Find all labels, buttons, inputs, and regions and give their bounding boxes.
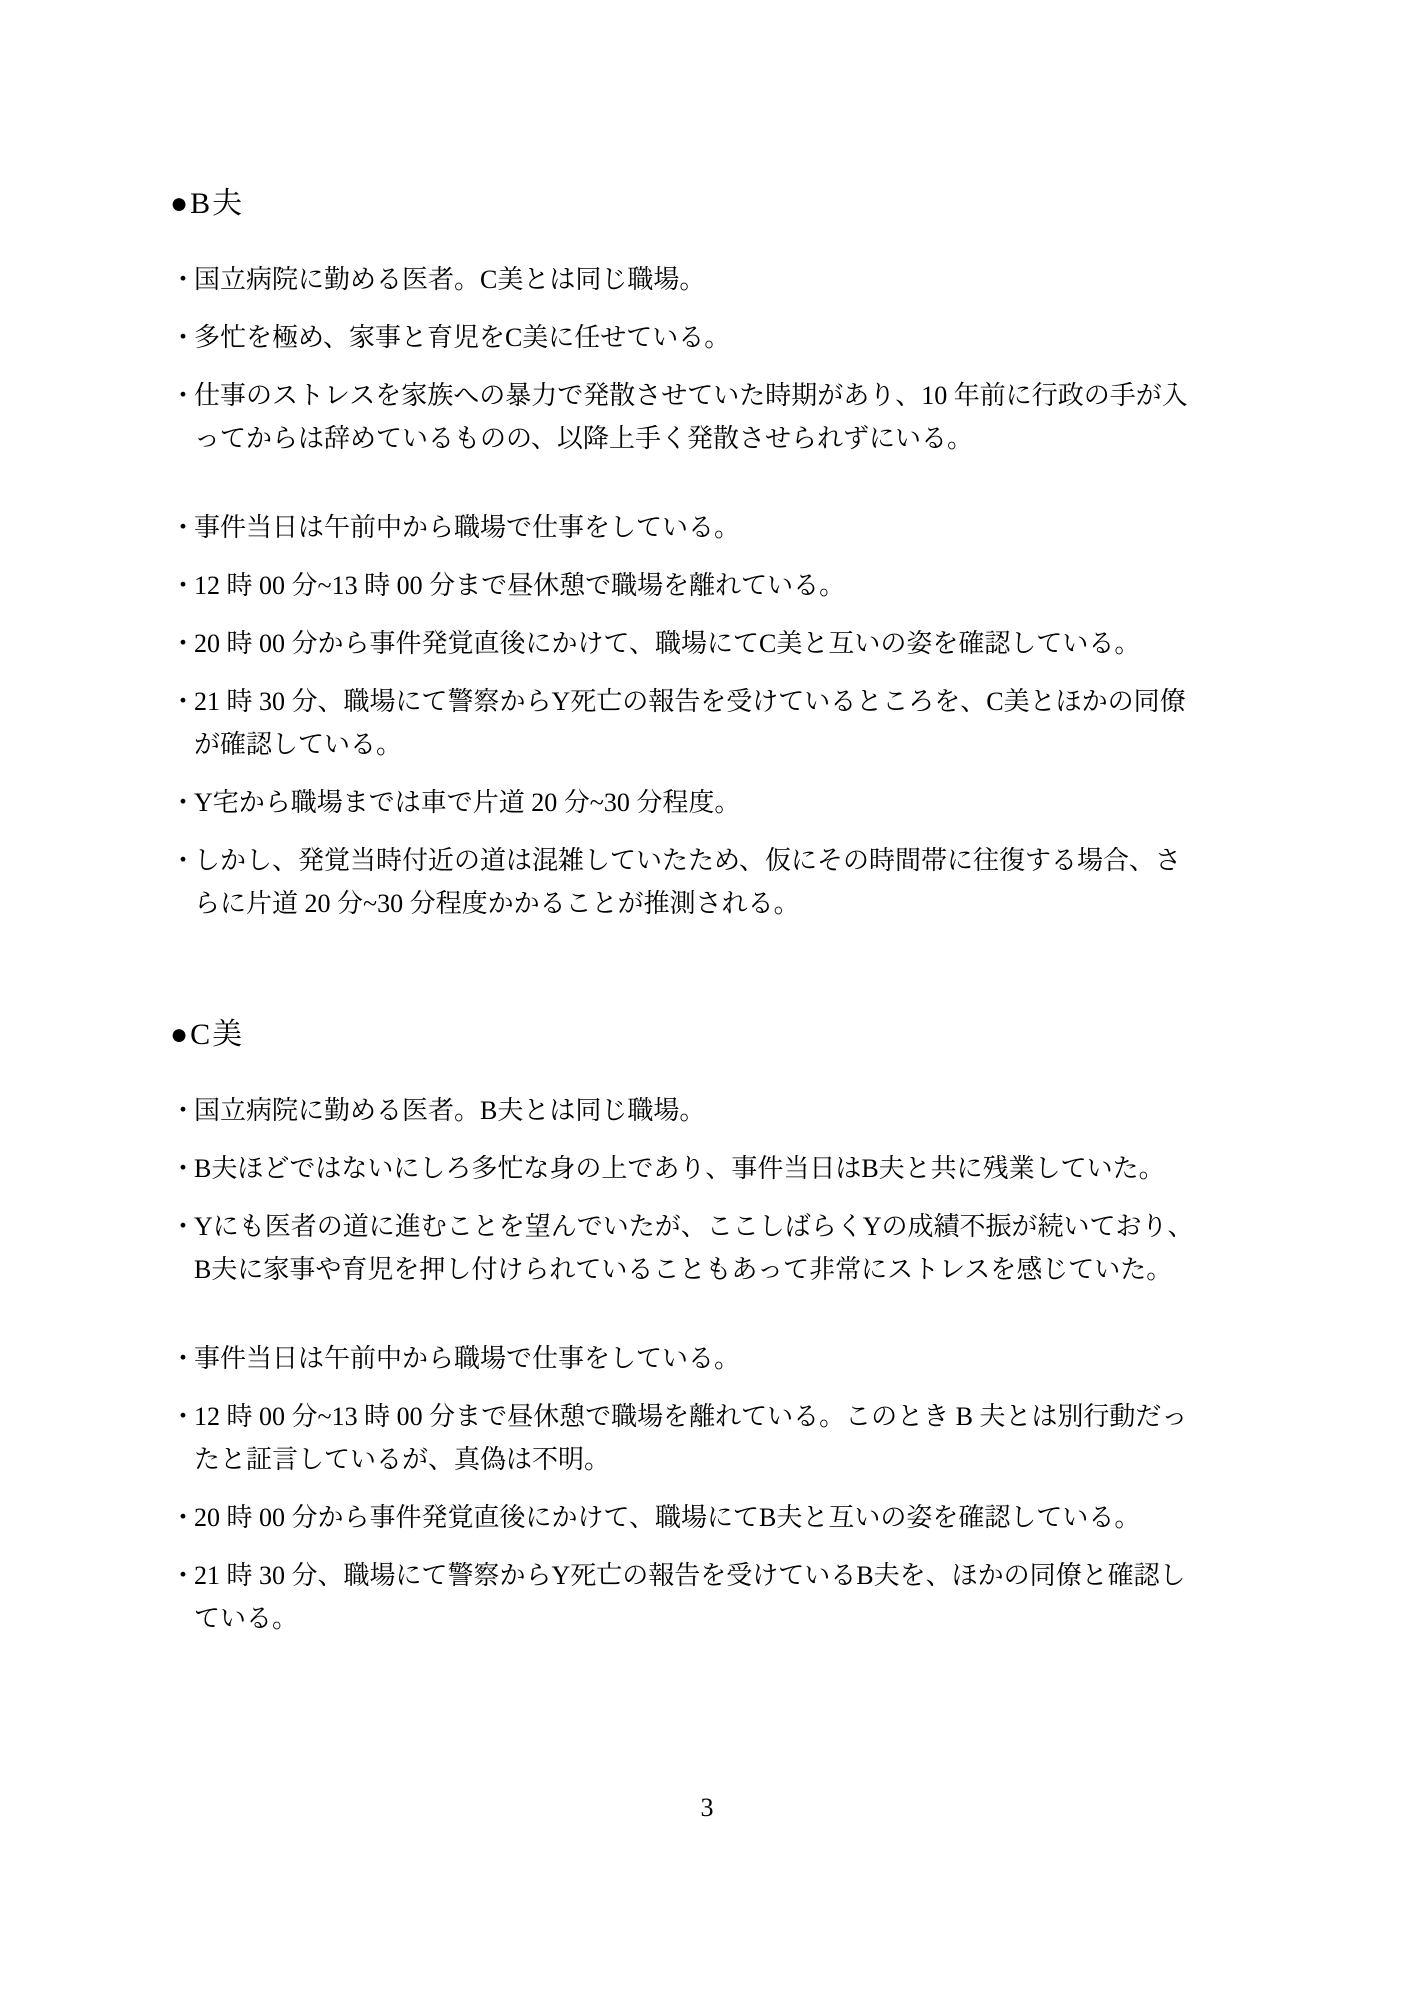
bullet-text: 21 時 30 分、職場にて警察からY死亡の報告を受けているところを、C美とほか…	[194, 680, 1254, 766]
bullet-item: ・ 国立病院に勤める医者。C美とは同じ職場。	[170, 258, 1254, 301]
bullet-item: ・ 事件当日は午前中から職場で仕事をしている。	[170, 1337, 1254, 1380]
bullet-item: ・ 事件当日は午前中から職場で仕事をしている。	[170, 506, 1254, 549]
bullet-item: ・ 12 時 00 分~13 時 00 分まで昼休憩で職場を離れている。このとき…	[170, 1395, 1254, 1481]
section-b-o: ●B夫 ・ 国立病院に勤める医者。C美とは同じ職場。 ・ 多忙を極め、家事と育児…	[170, 186, 1254, 925]
bullet-item: ・ B夫ほどではないにしろ多忙な身の上であり、事件当日はB夫と共に残業していた。	[170, 1147, 1254, 1190]
document-page: ●B夫 ・ 国立病院に勤める医者。C美とは同じ職場。 ・ 多忙を極め、家事と育児…	[0, 0, 1414, 2000]
bullet-text: 20 時 00 分から事件発覚直後にかけて、職場にてC美と互いの姿を確認している…	[194, 622, 1254, 665]
bullet-text: 事件当日は午前中から職場で仕事をしている。	[194, 506, 1254, 549]
bullet-item: ・ 21 時 30 分、職場にて警察からY死亡の報告を受けているところを、C美と…	[170, 680, 1254, 766]
bullet-text: B夫ほどではないにしろ多忙な身の上であり、事件当日はB夫と共に残業していた。	[194, 1147, 1254, 1190]
bullet-marker: ・	[170, 1147, 194, 1190]
bullet-item: ・ Yにも医者の道に進むことを望んでいたが、ここしばらくYの成績不振が続いており…	[170, 1205, 1254, 1291]
bullet-marker: ・	[170, 1089, 194, 1132]
section-c-mi: ●C美 ・ 国立病院に勤める医者。B夫とは同じ職場。 ・ B夫ほどではないにしろ…	[170, 1017, 1254, 1640]
bullet-text: 12 時 00 分~13 時 00 分まで昼休憩で職場を離れている。	[194, 564, 1254, 607]
bullet-item: ・ 20 時 00 分から事件発覚直後にかけて、職場にてB夫と互いの姿を確認して…	[170, 1496, 1254, 1539]
bullet-marker: ・	[170, 1554, 194, 1597]
bullet-item: ・ しかし、発覚当時付近の道は混雑していたため、仮にその時間帯に往復する場合、さ…	[170, 839, 1254, 925]
bullet-marker: ・	[170, 506, 194, 549]
bullet-item: ・ 仕事のストレスを家族への暴力で発散させていた時期があり、10 年前に行政の手…	[170, 374, 1254, 460]
bullet-text: Y宅から職場までは車で片道 20 分~30 分程度。	[194, 781, 1254, 824]
bullet-marker: ・	[170, 839, 194, 882]
bullet-item: ・ 12 時 00 分~13 時 00 分まで昼休憩で職場を離れている。	[170, 564, 1254, 607]
bullet-marker: ・	[170, 374, 194, 417]
section-heading-b-o: ●B夫	[170, 186, 1254, 222]
bullet-item: ・ 21 時 30 分、職場にて警察からY死亡の報告を受けているB夫を、ほかの同…	[170, 1554, 1254, 1640]
bullet-group-b-alibi: ・ 事件当日は午前中から職場で仕事をしている。 ・ 12 時 00 分~13 時…	[170, 506, 1254, 925]
bullet-marker: ・	[170, 781, 194, 824]
bullet-text: 12 時 00 分~13 時 00 分まで昼休憩で職場を離れている。このとき B…	[194, 1395, 1254, 1481]
bullet-text: しかし、発覚当時付近の道は混雑していたため、仮にその時間帯に往復する場合、さ ら…	[194, 839, 1254, 925]
bullet-group-c-alibi: ・ 事件当日は午前中から職場で仕事をしている。 ・ 12 時 00 分~13 時…	[170, 1337, 1254, 1640]
bullet-marker: ・	[170, 622, 194, 665]
bullet-text: 多忙を極め、家事と育児をC美に任せている。	[194, 316, 1254, 359]
bullet-group-c-profile: ・ 国立病院に勤める医者。B夫とは同じ職場。 ・ B夫ほどではないにしろ多忙な身…	[170, 1089, 1254, 1291]
bullet-item: ・ 20 時 00 分から事件発覚直後にかけて、職場にてC美と互いの姿を確認して…	[170, 622, 1254, 665]
bullet-item: ・ 国立病院に勤める医者。B夫とは同じ職場。	[170, 1089, 1254, 1132]
bullet-marker: ・	[170, 564, 194, 607]
bullet-text: 国立病院に勤める医者。B夫とは同じ職場。	[194, 1089, 1254, 1132]
bullet-item: ・ Y宅から職場までは車で片道 20 分~30 分程度。	[170, 781, 1254, 824]
section-heading-c-mi: ●C美	[170, 1017, 1254, 1053]
bullet-text: Yにも医者の道に進むことを望んでいたが、ここしばらくYの成績不振が続いており、 …	[194, 1205, 1254, 1291]
bullet-marker: ・	[170, 1395, 194, 1438]
bullet-text: 事件当日は午前中から職場で仕事をしている。	[194, 1337, 1254, 1380]
bullet-item: ・ 多忙を極め、家事と育児をC美に任せている。	[170, 316, 1254, 359]
bullet-marker: ・	[170, 1205, 194, 1248]
bullet-text: 仕事のストレスを家族への暴力で発散させていた時期があり、10 年前に行政の手が入…	[194, 374, 1254, 460]
bullet-marker: ・	[170, 1496, 194, 1539]
bullet-marker: ・	[170, 316, 194, 359]
page-number: 3	[0, 1792, 1414, 1824]
bullet-text: 21 時 30 分、職場にて警察からY死亡の報告を受けているB夫を、ほかの同僚と…	[194, 1554, 1254, 1640]
bullet-marker: ・	[170, 680, 194, 723]
bullet-marker: ・	[170, 1337, 194, 1380]
bullet-marker: ・	[170, 258, 194, 301]
bullet-group-b-profile: ・ 国立病院に勤める医者。C美とは同じ職場。 ・ 多忙を極め、家事と育児をC美に…	[170, 258, 1254, 460]
bullet-text: 国立病院に勤める医者。C美とは同じ職場。	[194, 258, 1254, 301]
bullet-text: 20 時 00 分から事件発覚直後にかけて、職場にてB夫と互いの姿を確認している…	[194, 1496, 1254, 1539]
